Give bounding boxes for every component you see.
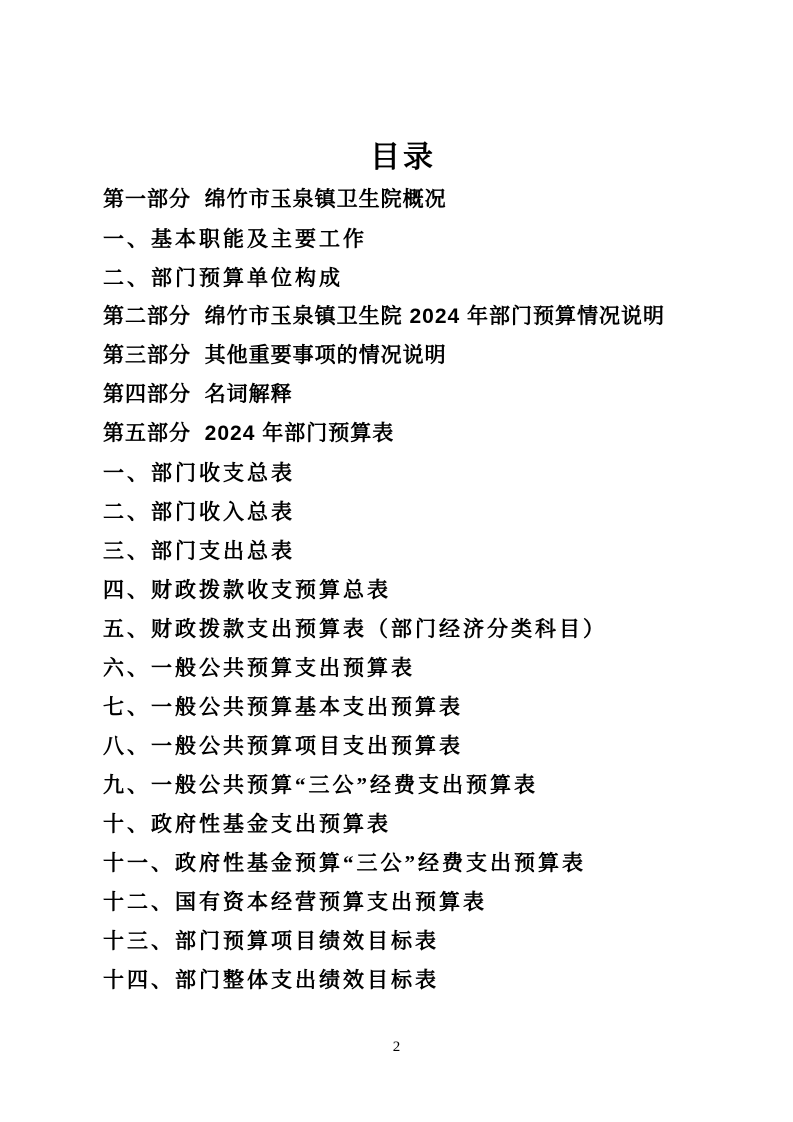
- toc-entry: 七、一般公共预算基本支出预算表: [103, 696, 703, 718]
- toc-entry: 十四、部门整体支出绩效目标表: [103, 969, 703, 991]
- toc-entry: 十一、政府性基金预算“三公”经费支出预算表: [103, 852, 703, 874]
- document-page: 目录 第一部分 绵竹市玉泉镇卫生院概况 一、基本职能及主要工作 二、部门预算单位…: [0, 0, 793, 1122]
- toc-entry: 二、部门收入总表: [103, 501, 703, 523]
- toc-entry: 一、基本职能及主要工作: [103, 228, 703, 250]
- toc-entry: 二、部门预算单位构成: [103, 267, 703, 289]
- toc-content: 目录 第一部分 绵竹市玉泉镇卫生院概况 一、基本职能及主要工作 二、部门预算单位…: [103, 140, 703, 1008]
- toc-entry-part-1: 第一部分 绵竹市玉泉镇卫生院概况: [103, 189, 703, 211]
- page-number: 2: [0, 1038, 793, 1056]
- toc-entry: 四、财政拨款收支预算总表: [103, 579, 703, 601]
- toc-entry: 八、一般公共预算项目支出预算表: [103, 735, 703, 757]
- toc-entry-part-5: 第五部分 2024 年部门预算表: [103, 423, 703, 445]
- toc-entry: 十二、国有资本经营预算支出预算表: [103, 891, 703, 913]
- toc-entry: 六、一般公共预算支出预算表: [103, 657, 703, 679]
- toc-entry: 九、一般公共预算“三公”经费支出预算表: [103, 774, 703, 796]
- toc-entry: 五、财政拨款支出预算表（部门经济分类科目）: [103, 618, 703, 640]
- toc-list: 第一部分 绵竹市玉泉镇卫生院概况 一、基本职能及主要工作 二、部门预算单位构成 …: [103, 189, 703, 991]
- toc-entry-part-3: 第三部分 其他重要事项的情况说明: [103, 345, 703, 367]
- toc-entry: 十三、部门预算项目绩效目标表: [103, 930, 703, 952]
- toc-entry-part-4: 第四部分 名词解释: [103, 384, 703, 406]
- toc-entry: 三、部门支出总表: [103, 540, 703, 562]
- toc-entry: 一、部门收支总表: [103, 462, 703, 484]
- toc-title: 目录: [103, 140, 703, 176]
- toc-entry-part-2: 第二部分 绵竹市玉泉镇卫生院 2024 年部门预算情况说明: [103, 306, 703, 328]
- toc-entry: 十、政府性基金支出预算表: [103, 813, 703, 835]
